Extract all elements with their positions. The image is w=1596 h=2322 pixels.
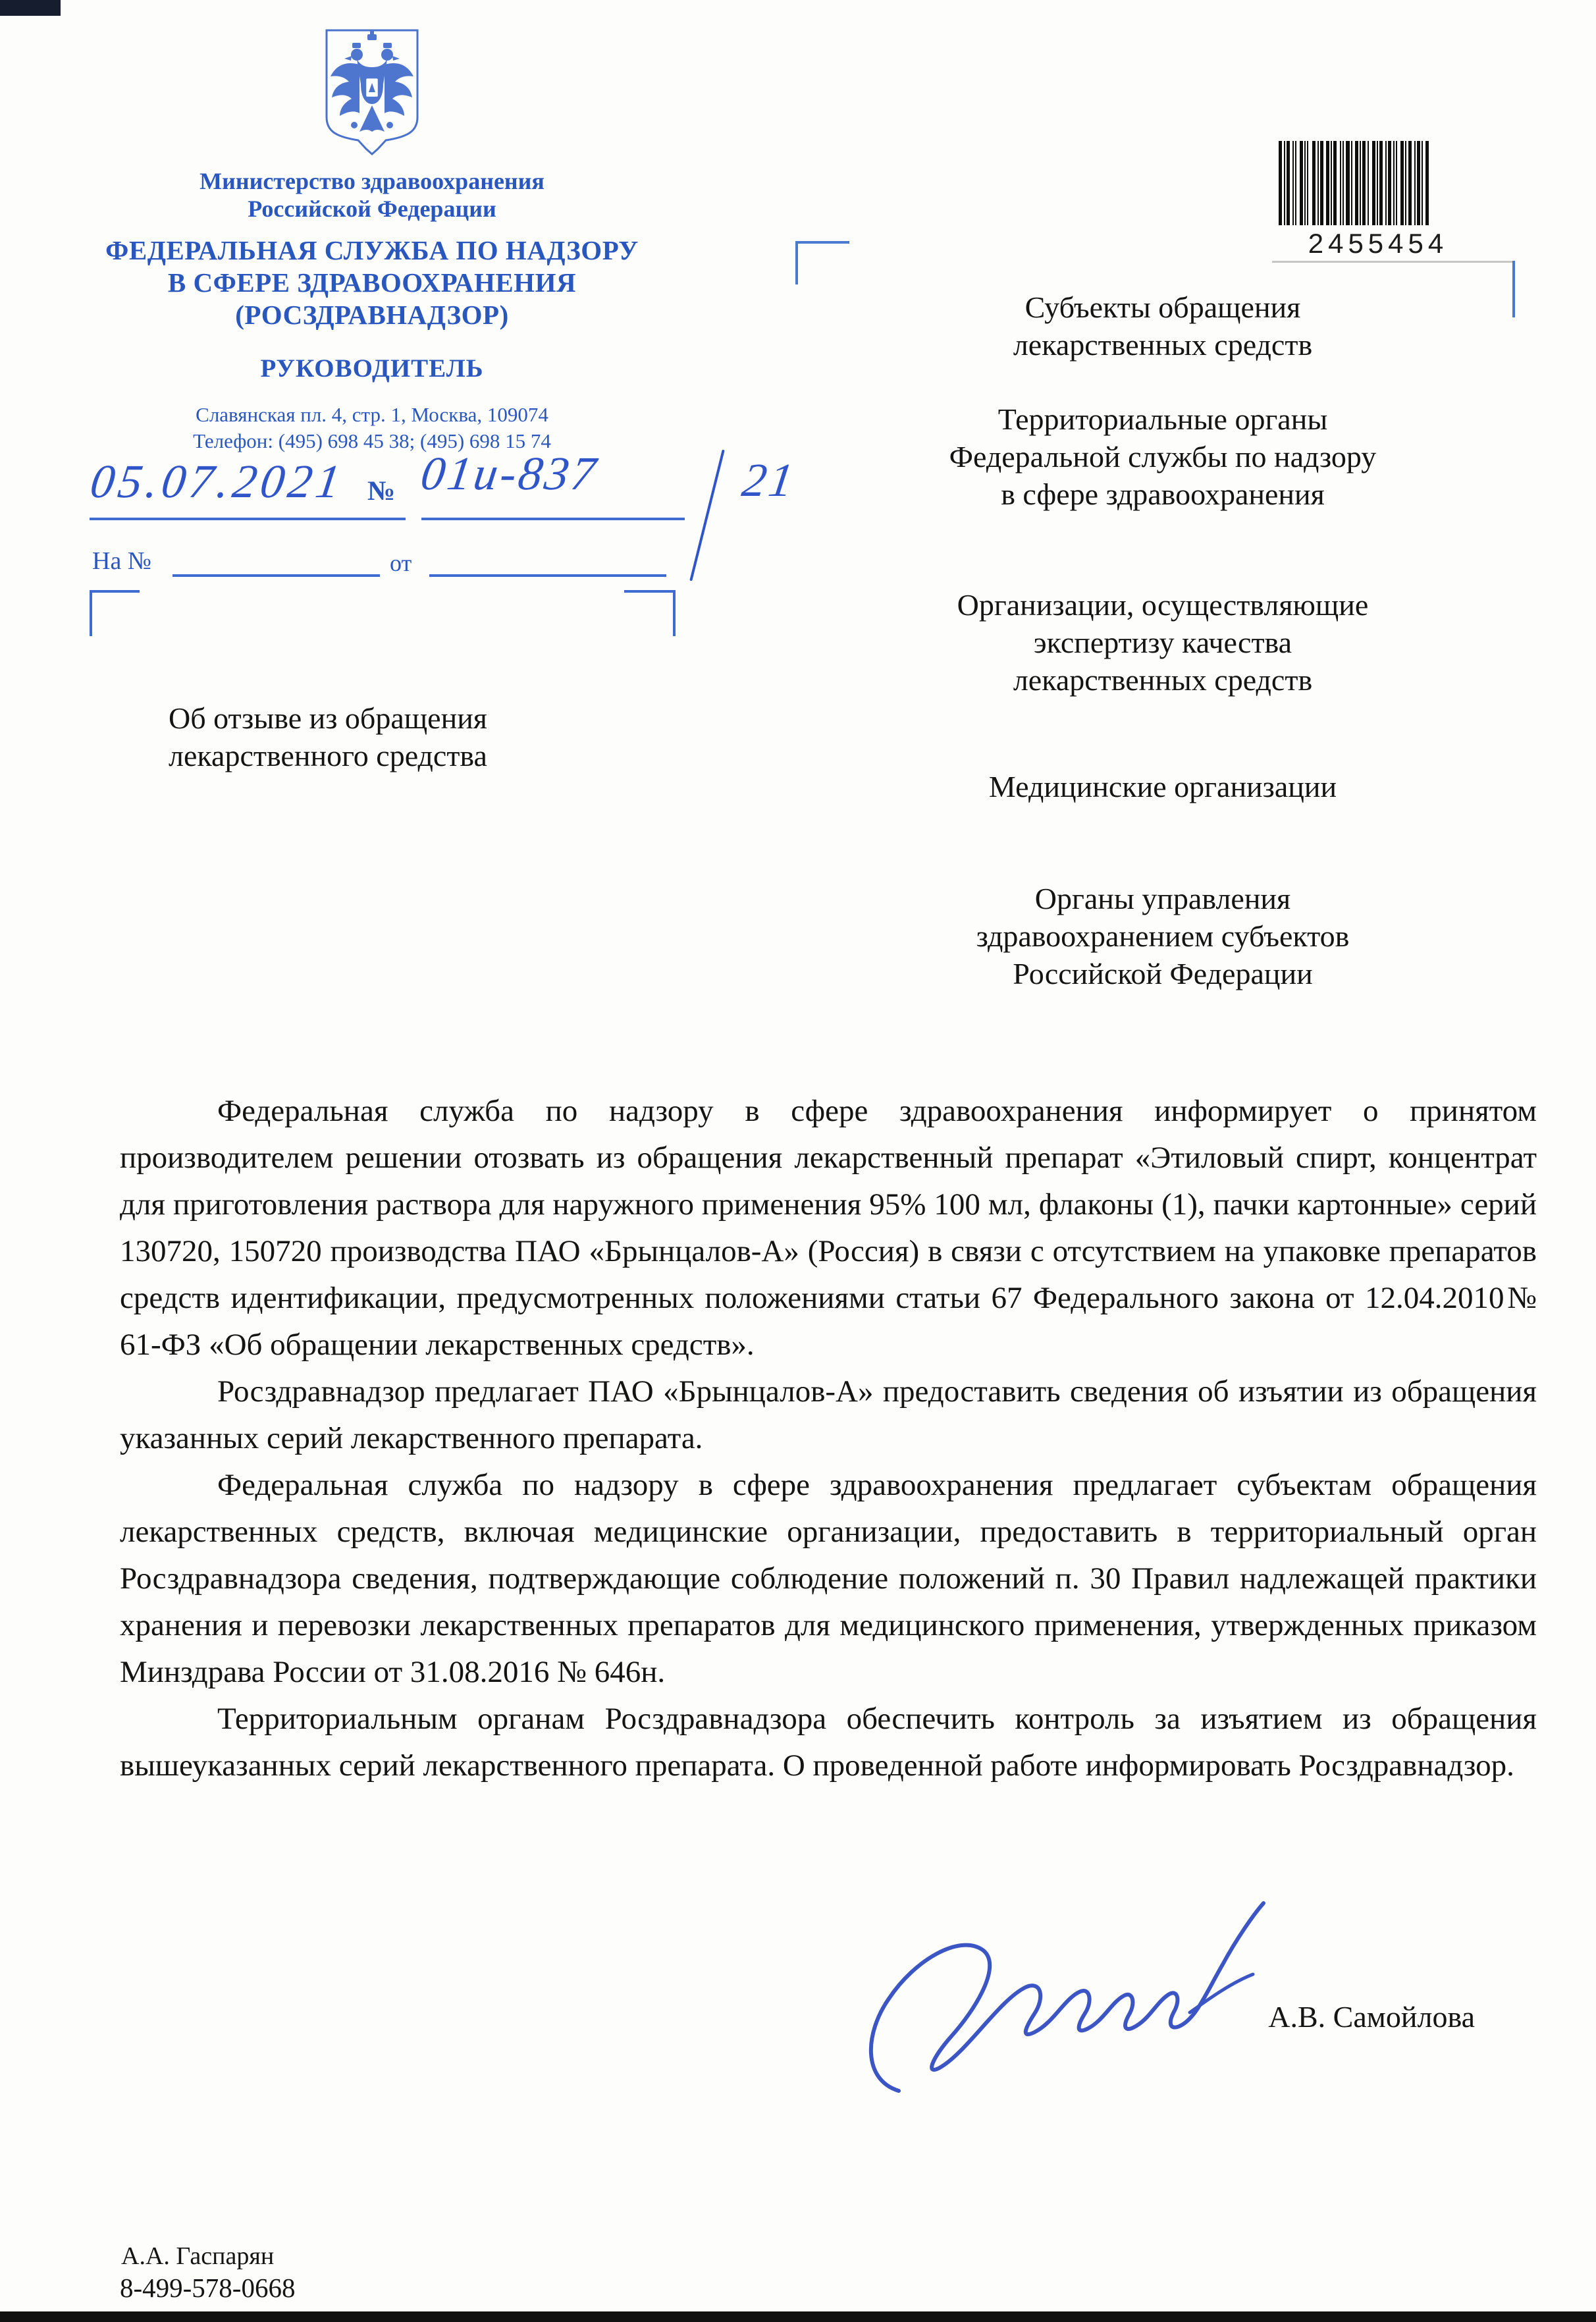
reply-number-underline <box>173 574 380 577</box>
recipient-group: Органы управления здравоохранением субъе… <box>798 880 1528 992</box>
scan-artifact-bottom-edge <box>0 2311 1596 2322</box>
recipients-corner-mark-left <box>795 241 849 284</box>
handwritten-signature <box>826 1837 1287 2101</box>
number-sign: № <box>367 475 395 507</box>
subject-line-1: Об отзыве из обращения <box>169 699 487 737</box>
recipient-line: экспертизу качества <box>798 624 1528 661</box>
recipient-line: лекарственных средств <box>798 661 1528 699</box>
recipient-line: Организации, осуществляющие <box>798 586 1528 624</box>
handwritten-outgoing-number: 01и-837 <box>417 446 602 501</box>
handwritten-date: 05.07.2021 <box>87 454 348 509</box>
ministry-name-line1: Министерство здравоохранения <box>59 167 685 195</box>
service-name-line2: В СФЕРЕ ЗДРАВООХРАНЕНИЯ <box>59 267 685 299</box>
address-line: Славянская пл. 4, стр. 1, Москва, 109074 <box>59 402 685 428</box>
subject-line-2: лекарственного средства <box>169 737 487 774</box>
recipient-line: Территориальные органы <box>798 400 1528 438</box>
letterhead: Министерство здравоохранения Российской … <box>59 26 685 454</box>
reply-from-label: от <box>390 549 412 577</box>
recipients-rule-right <box>1272 261 1514 263</box>
service-name-line1: ФЕДЕРАЛЬНАЯ СЛУЖБА ПО НАДЗОРУ <box>59 234 685 267</box>
scanned-letter-page: Министерство здравоохранения Российской … <box>0 0 1596 2322</box>
recipient-group: Территориальные органы Федеральной служб… <box>798 400 1528 513</box>
body-paragraph-2: Росздравнадзор предлагает ПАО «Брынцалов… <box>120 1368 1537 1462</box>
recipient-line: Органы управления <box>798 880 1528 917</box>
subject-block: Об отзыве из обращения лекарственного ср… <box>169 699 487 774</box>
recipient-group: Медицинские организации <box>798 768 1528 805</box>
recipient-line: лекарственных средств <box>798 326 1528 364</box>
body-paragraph-4: Территориальным органам Росздравнадзора … <box>120 1696 1537 1789</box>
signer-name: А.В. Самойлова <box>1119 1999 1475 2034</box>
executor-phone: 8-499-578-0668 <box>120 2272 295 2304</box>
letter-body: Федеральная служба по надзору в сфере зд… <box>120 1088 1537 1789</box>
barcode-number: 2455454 <box>1279 228 1477 259</box>
registration-barcode <box>1279 141 1431 225</box>
position-title: РУКОВОДИТЕЛЬ <box>59 354 685 383</box>
service-name-line3: (РОСЗДРАВНАДЗОР) <box>59 299 685 331</box>
recipient-line: здравоохранением субъектов <box>798 917 1528 955</box>
recipient-line: Медицинские организации <box>798 768 1528 805</box>
recipient-group: Организации, осуществляющие экспертизу к… <box>798 586 1528 699</box>
body-paragraph-1: Федеральная служба по надзору в сфере зд… <box>120 1088 1537 1368</box>
handwritten-number-suffix: 21 <box>739 453 799 508</box>
recipient-line: Российской Федерации <box>798 955 1528 992</box>
subject-corner-mark-right <box>624 590 676 636</box>
recipient-group: Субъекты обращения лекарственных средств <box>798 288 1528 364</box>
executor-name: А.А. Гаспарян <box>121 2240 274 2272</box>
reply-number-label: На № <box>92 547 151 576</box>
recipient-line: в сфере здравоохранения <box>798 475 1528 513</box>
recipient-line: Субъекты обращения <box>798 288 1528 326</box>
subject-corner-mark-left <box>90 590 140 636</box>
scan-artifact-top-left <box>0 0 61 16</box>
number-underline <box>421 518 685 520</box>
ministry-name-line2: Российской Федерации <box>59 195 685 223</box>
body-paragraph-3: Федеральная служба по надзору в сфере зд… <box>120 1462 1537 1696</box>
handwritten-slash-stroke <box>689 450 724 581</box>
russian-coat-of-arms-icon <box>320 26 424 158</box>
reply-date-underline <box>429 574 666 577</box>
date-underline <box>90 518 406 520</box>
recipient-line: Федеральной службы по надзору <box>798 438 1528 475</box>
